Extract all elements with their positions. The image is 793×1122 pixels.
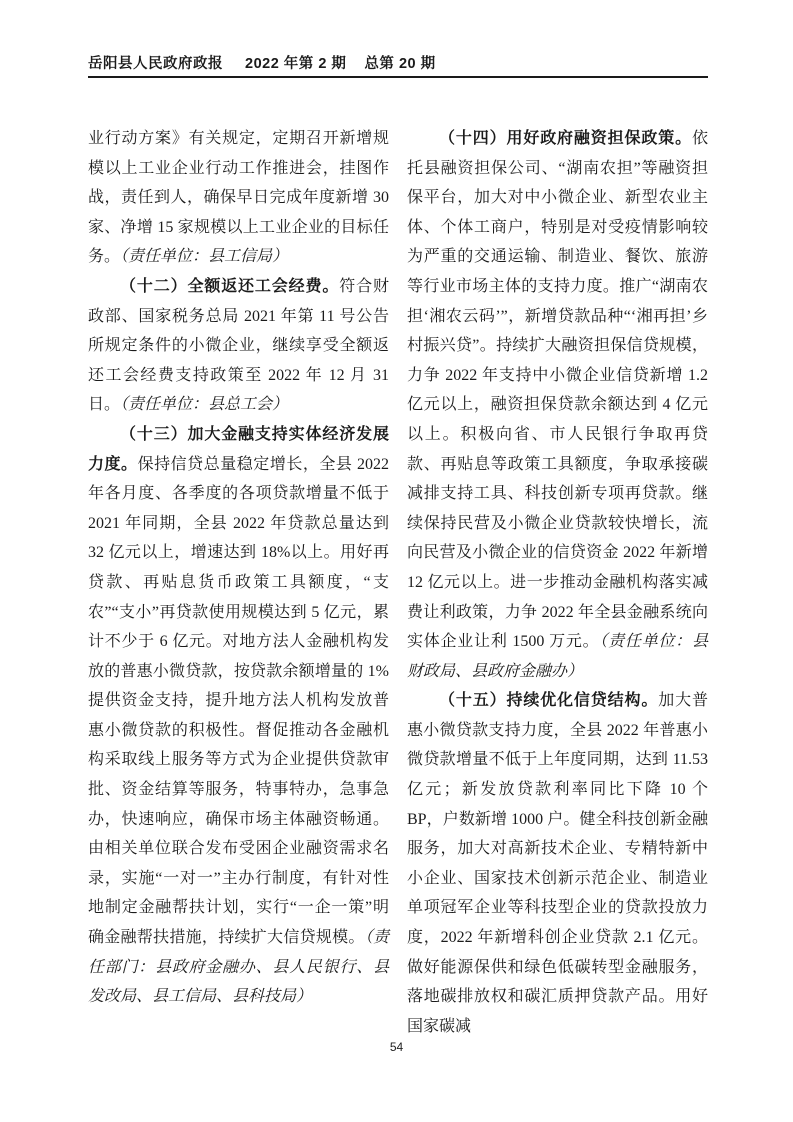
- publication-title: 岳阳县人民政府政报: [88, 56, 223, 72]
- responsibility-note: （责任单位：县总工会）: [120, 396, 288, 413]
- paragraph-heading: （十四）用好政府融资担保政策。: [439, 130, 692, 147]
- page-number: 54: [0, 1040, 793, 1054]
- page-header: 岳阳县人民政府政报2022 年第 2 期总第 20 期: [88, 52, 708, 78]
- paragraph: （十三）加大金融支持实体经济发展力度。保持信贷总量稳定增长，全县 2022 年各…: [88, 420, 389, 1012]
- paragraph-text: 符合财政部、国家税务总局 2021 年第 11 号公告所规定条件的小微企业，继续…: [88, 278, 389, 413]
- paragraph-text: 保持信贷总量稳定增长，全县 2022 年各月度、各季度的各项贷款增量不低于 20…: [88, 456, 389, 947]
- issue-number: 2022 年第 2 期: [245, 56, 346, 72]
- paragraph: （十二）全额返还工会经费。符合财政部、国家税务总局 2021 年第 11 号公告…: [88, 272, 389, 420]
- paragraph: （十五）持续优化信贷结构。加大普惠小微贷款支持力度，全县 2022 年普惠小微贷…: [407, 686, 708, 1041]
- paragraph-heading: （十五）持续优化信贷结构。: [439, 692, 658, 709]
- paragraph-text: 依托县融资担保公司、“湖南农担”等融资担保平台，加大对中小微企业、新型农业主体、…: [407, 130, 708, 650]
- paragraph: （十四）用好政府融资担保政策。依托县融资担保公司、“湖南农担”等融资担保平台，加…: [407, 124, 708, 686]
- page-content: 岳阳县人民政府政报2022 年第 2 期总第 20 期 业行动方案》有关规定，定…: [88, 52, 708, 1041]
- paragraph: 业行动方案》有关规定，定期召开新增规模以上工业企业行动工作推进会，挂图作战，责任…: [88, 124, 389, 272]
- left-column: 业行动方案》有关规定，定期召开新增规模以上工业企业行动工作推进会，挂图作战，责任…: [88, 124, 389, 1041]
- gazette-page: 岳阳县人民政府政报2022 年第 2 期总第 20 期 业行动方案》有关规定，定…: [0, 0, 793, 1122]
- paragraph-text: 业行动方案》有关规定，定期召开新增规模以上工业企业行动工作推进会，挂图作战，责任…: [88, 130, 389, 265]
- paragraph-heading: （十二）全额返还工会经费。: [120, 278, 339, 295]
- volume-number: 总第 20 期: [364, 56, 435, 72]
- paragraph-text: 加大普惠小微贷款支持力度，全县 2022 年普惠小微贷款增量不低于上年度同期，达…: [407, 692, 708, 1035]
- responsibility-note: （责任单位：县工信局）: [120, 248, 288, 265]
- right-column: （十四）用好政府融资担保政策。依托县融资担保公司、“湖南农担”等融资担保平台，加…: [407, 124, 708, 1041]
- two-column-body: 业行动方案》有关规定，定期召开新增规模以上工业企业行动工作推进会，挂图作战，责任…: [88, 124, 708, 1041]
